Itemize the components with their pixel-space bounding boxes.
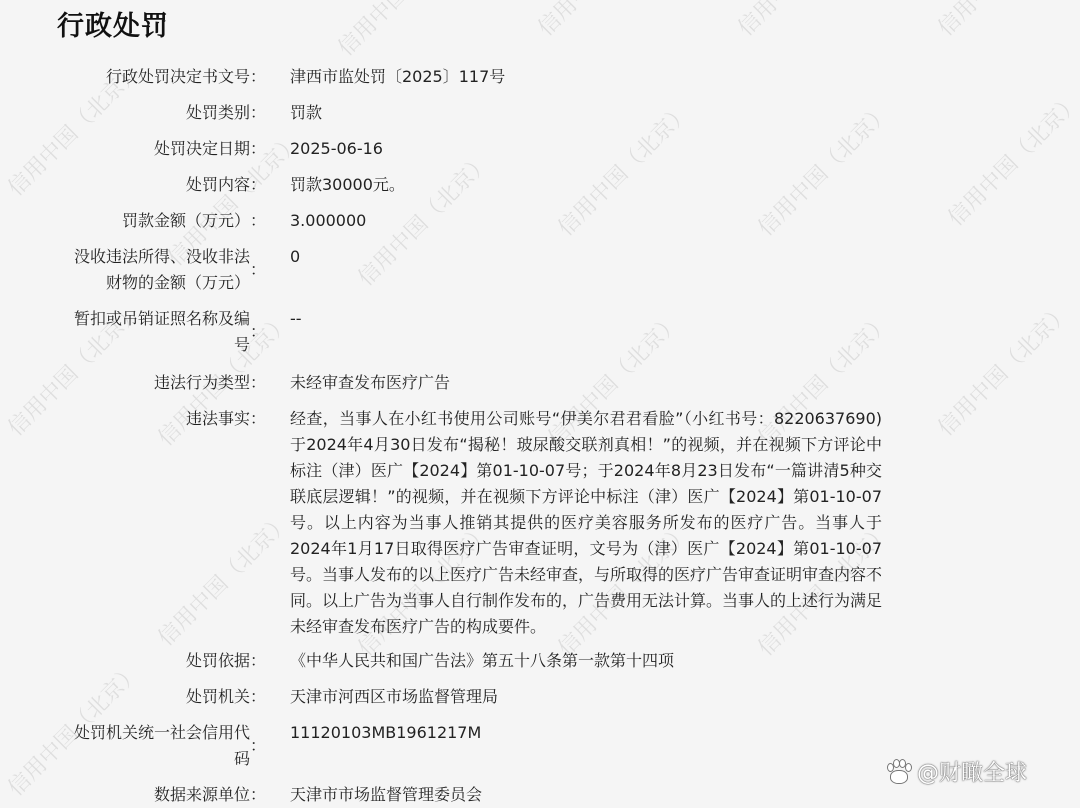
field-colon: ： (250, 64, 264, 90)
page-title: 行政处罚 (57, 4, 169, 43)
field-colon: ： (250, 319, 264, 345)
field-label: 没收违法所得、没收非法财物的金额（万元） (0, 244, 250, 296)
field-row-violation-type: 违法行为类型 ： 未经审查发布医疗广告 (0, 370, 1080, 396)
field-value: 罚款 (290, 100, 890, 126)
field-colon: ： (250, 100, 264, 126)
field-row-violation-facts: 违法事实 ： 经查，当事人在小红书使用公司账号“伊美尔君君看脸”（小红书号：82… (0, 406, 1080, 640)
field-row-fine-amount: 罚款金额（万元） ： 3.000000 (0, 208, 1080, 234)
field-colon: ： (250, 648, 264, 674)
field-value: 11120103MB1961217M (290, 720, 890, 746)
field-value: 津西市监处罚〔2025〕117号 (290, 64, 890, 90)
field-label: 处罚决定日期 (0, 136, 250, 162)
field-row-confiscation-amount: 没收违法所得、没收非法财物的金额（万元） ： 0 (0, 244, 1080, 296)
field-value: 《中华人民共和国广告法》第五十八条第一款第十四项 (290, 648, 890, 674)
field-value: 天津市河西区市场监督管理局 (290, 684, 890, 710)
field-label: 数据来源单位 (0, 782, 250, 808)
field-label: 处罚机关 (0, 684, 250, 710)
source-badge: @财瞰全球 (885, 756, 1027, 787)
field-colon: ： (250, 257, 264, 283)
field-label: 罚款金额（万元） (0, 208, 250, 234)
field-value: 未经审查发布医疗广告 (290, 370, 890, 396)
watermark-text: 信用中国（北京） (330, 0, 476, 62)
field-label: 行政处罚决定书文号 (0, 64, 250, 90)
field-row-decision-date: 处罚决定日期 ： 2025-06-16 (0, 136, 1080, 162)
field-row-decision-number: 行政处罚决定书文号 ： 津西市监处罚〔2025〕117号 (0, 64, 1080, 90)
badge-text: @财瞰全球 (917, 756, 1027, 787)
field-value: 天津市市场监督管理委员会 (290, 782, 890, 808)
field-row-legal-basis: 处罚依据 ： 《中华人民共和国广告法》第五十八条第一款第十四项 (0, 648, 1080, 674)
field-colon: ： (250, 782, 264, 808)
baidu-paw-icon (885, 759, 911, 785)
field-value: 经查，当事人在小红书使用公司账号“伊美尔君君看脸”（小红书号：822063769… (290, 406, 882, 640)
field-label: 处罚类别 (0, 100, 250, 126)
field-colon: ： (250, 208, 264, 234)
field-row-penalty-content: 处罚内容 ： 罚款30000元。 (0, 172, 1080, 198)
field-value: 罚款30000元。 (290, 172, 890, 198)
watermark-text: 信用中国（北京） (530, 0, 676, 42)
field-value: 2025-06-16 (290, 136, 890, 162)
field-colon: ： (250, 406, 264, 432)
field-colon: ： (250, 733, 264, 759)
field-label: 处罚内容 (0, 172, 250, 198)
field-row-authority: 处罚机关 ： 天津市河西区市场监督管理局 (0, 684, 1080, 710)
watermark-text: 信用中国（北京） (730, 0, 876, 42)
field-label: 处罚机关统一社会信用代码 (0, 720, 250, 772)
field-value: -- (290, 306, 890, 332)
field-value: 3.000000 (290, 208, 890, 234)
field-label: 处罚依据 (0, 648, 250, 674)
field-row-penalty-type: 处罚类别 ： 罚款 (0, 100, 1080, 126)
field-label: 违法事实 (0, 406, 250, 432)
field-label: 违法行为类型 (0, 370, 250, 396)
field-row-license-revocation: 暂扣或吊销证照名称及编号 ： -- (0, 306, 1080, 358)
field-colon: ： (250, 172, 264, 198)
field-value: 0 (290, 244, 890, 270)
field-colon: ： (250, 684, 264, 710)
field-colon: ： (250, 370, 264, 396)
watermark-text: 信用中国（北京） (930, 0, 1076, 42)
field-colon: ： (250, 136, 264, 162)
field-label: 暂扣或吊销证照名称及编号 (0, 306, 250, 358)
